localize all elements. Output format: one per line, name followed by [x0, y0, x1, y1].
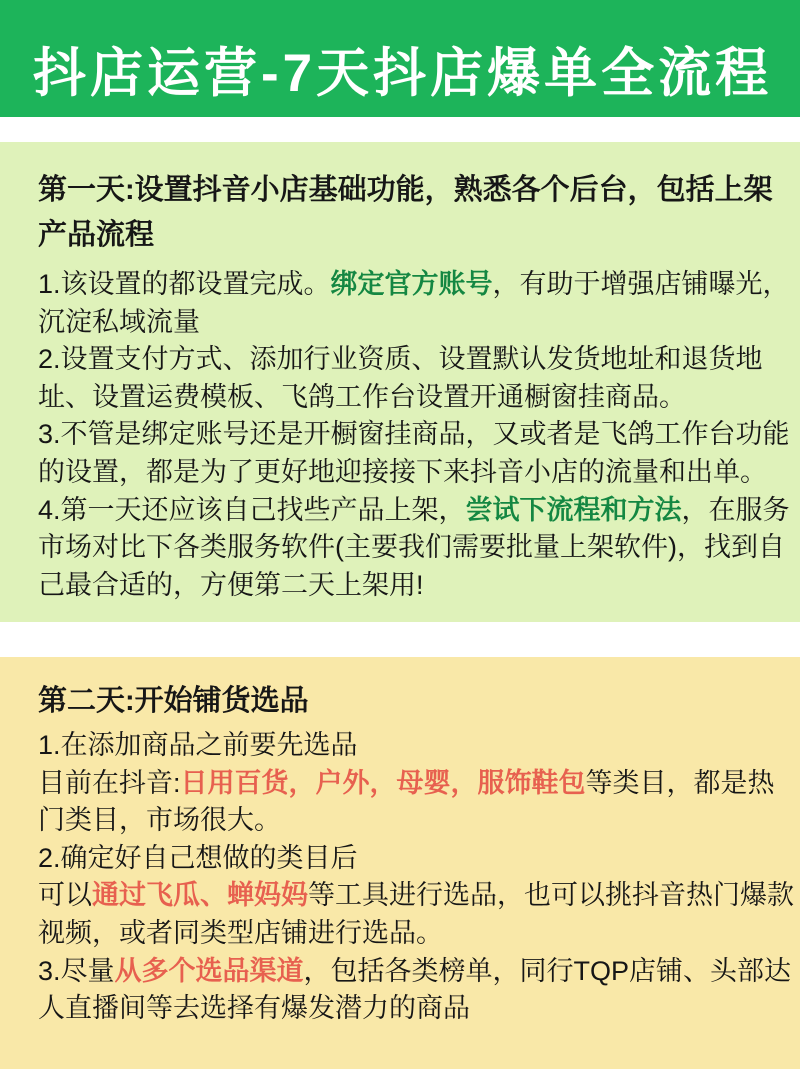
- body-text: 4.第一天还应该自己找些产品上架，: [38, 495, 466, 525]
- text-line: 1.该设置的都设置完成。绑定官方账号，有助于增强店铺曝光，: [38, 266, 774, 304]
- body-text: ，包括各类榜单，同行TQP店铺、头部达: [304, 956, 792, 986]
- body-text: 2.确定好自己想做的类目后: [38, 843, 358, 873]
- day2-section: 第二天:开始铺货选品 1.在添加商品之前要先选品目前在抖音:日用百货，户外，母婴…: [0, 657, 800, 1069]
- accent-red-text: 通过飞瓜、蝉妈妈: [92, 880, 308, 910]
- accent-green-text: 绑定官方账号: [331, 269, 493, 299]
- text-line: 人直播间等去选择有爆发潜力的商品: [38, 990, 774, 1028]
- divider-gap-top: [0, 117, 800, 142]
- body-text: 可以: [38, 880, 92, 910]
- body-text: 1.在添加商品之前要先选品: [38, 730, 358, 760]
- heading-line: 第一天:设置抖音小店基础功能，熟悉各个后台，包括上架: [38, 168, 774, 213]
- divider-gap-middle: [0, 622, 800, 657]
- text-line: 沉淀私域流量: [38, 304, 774, 342]
- day1-body: 1.该设置的都设置完成。绑定官方账号，有助于增强店铺曝光，沉淀私域流量2.设置支…: [38, 266, 774, 604]
- body-text: 市场对比下各类服务软件(主要我们需要批量上架软件)，找到自: [38, 532, 785, 562]
- body-text: 门类目，市场很大。: [38, 805, 281, 835]
- heading-line: 第二天:开始铺货选品: [38, 679, 774, 723]
- body-text: 2.设置支付方式、添加行业资质、设置默认发货地址和退货地: [38, 344, 763, 374]
- text-line: 己最合适的，方便第二天上架用!: [38, 567, 774, 605]
- accent-red-text: 日用百货，户外，母婴，服饰鞋包: [181, 768, 586, 798]
- text-line: 视频，或者同类型店铺进行选品。: [38, 915, 774, 953]
- body-text: 址、设置运费模板、飞鸽工作台设置开通橱窗挂商品。: [38, 382, 686, 412]
- accent-green-text: 尝试下流程和方法: [466, 495, 682, 525]
- text-line: 3.不管是绑定账号还是开橱窗挂商品，又或者是飞鸽工作台功能: [38, 416, 774, 454]
- text-line: 市场对比下各类服务软件(主要我们需要批量上架软件)，找到自: [38, 529, 774, 567]
- text-line: 2.设置支付方式、添加行业资质、设置默认发货地址和退货地: [38, 341, 774, 379]
- body-text: ，有助于增强店铺曝光，: [493, 269, 790, 299]
- text-line: 门类目，市场很大。: [38, 802, 774, 840]
- body-text: 等工具进行选品，也可以挑抖音热门爆款: [308, 880, 794, 910]
- infographic-page: 抖店运营-7天抖店爆单全流程 第一天:设置抖音小店基础功能，熟悉各个后台，包括上…: [0, 0, 800, 1069]
- body-text: 己最合适的，方便第二天上架用!: [38, 570, 424, 600]
- text-line: 可以通过飞瓜、蝉妈妈等工具进行选品，也可以挑抖音热门爆款: [38, 877, 774, 915]
- text-line: 3.尽量从多个选品渠道，包括各类榜单，同行TQP店铺、头部达: [38, 953, 774, 991]
- body-text: 的设置，都是为了更好地迎接接下来抖音小店的流量和出单。: [38, 457, 767, 487]
- text-line: 2.确定好自己想做的类目后: [38, 840, 774, 878]
- day1-section: 第一天:设置抖音小店基础功能，熟悉各个后台，包括上架产品流程 1.该设置的都设置…: [0, 142, 800, 622]
- body-text: ，在服务: [682, 495, 790, 525]
- accent-red-text: 从多个选品渠道: [115, 956, 304, 986]
- text-line: 的设置，都是为了更好地迎接接下来抖音小店的流量和出单。: [38, 454, 774, 492]
- text-line: 址、设置运费模板、飞鸽工作台设置开通橱窗挂商品。: [38, 379, 774, 417]
- day2-body: 1.在添加商品之前要先选品目前在抖音:日用百货，户外，母婴，服饰鞋包等类目，都是…: [38, 727, 774, 1028]
- title-banner: 抖店运营-7天抖店爆单全流程: [0, 0, 800, 117]
- body-text: 等类目，都是热: [586, 768, 775, 798]
- text-line: 1.在添加商品之前要先选品: [38, 727, 774, 765]
- body-text: 3.尽量: [38, 956, 115, 986]
- heading-line: 产品流程: [38, 213, 774, 258]
- body-text: 沉淀私域流量: [38, 307, 200, 337]
- day1-heading: 第一天:设置抖音小店基础功能，熟悉各个后台，包括上架产品流程: [38, 168, 774, 258]
- text-line: 4.第一天还应该自己找些产品上架，尝试下流程和方法，在服务: [38, 492, 774, 530]
- body-text: 目前在抖音:: [38, 768, 181, 798]
- body-text: 视频，或者同类型店铺进行选品。: [38, 918, 443, 948]
- body-text: 3.不管是绑定账号还是开橱窗挂商品，又或者是飞鸽工作台功能: [38, 419, 790, 449]
- day2-heading: 第二天:开始铺货选品: [38, 679, 774, 723]
- page-title: 抖店运营-7天抖店爆单全流程: [33, 47, 772, 100]
- body-text: 人直播间等去选择有爆发潜力的商品: [38, 993, 470, 1023]
- body-text: 1.该设置的都设置完成。: [38, 269, 331, 299]
- text-line: 目前在抖音:日用百货，户外，母婴，服饰鞋包等类目，都是热: [38, 765, 774, 803]
